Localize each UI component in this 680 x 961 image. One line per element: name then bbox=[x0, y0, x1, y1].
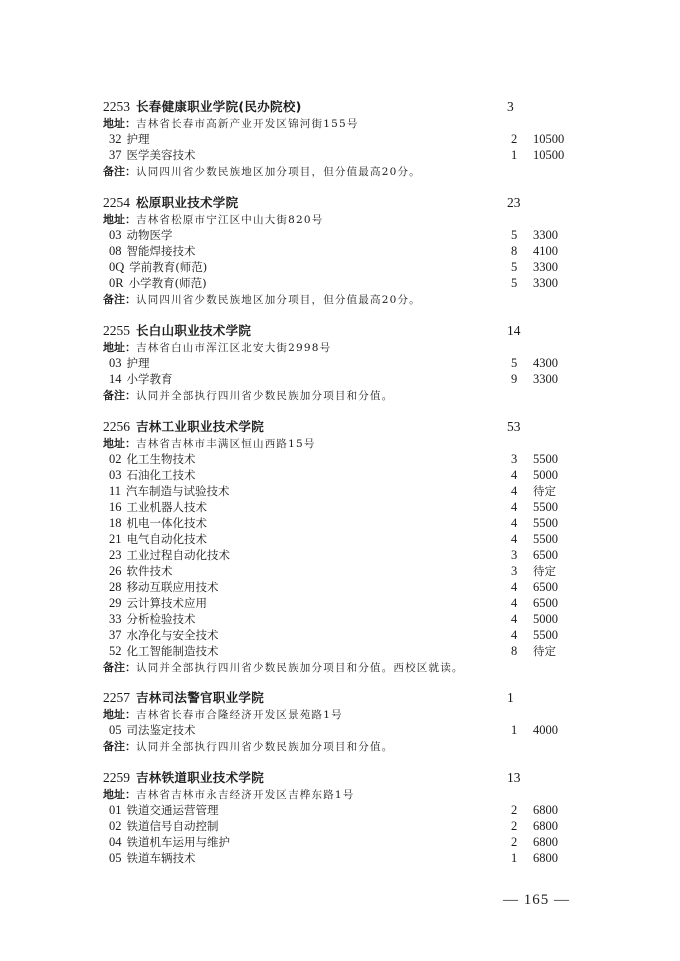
major-fee: 6500 bbox=[533, 579, 558, 595]
major-fee: 5500 bbox=[533, 499, 558, 515]
note-label: 备注： bbox=[103, 389, 136, 402]
major-count: 4 bbox=[511, 627, 517, 643]
note-text: 认同并全部执行四川省少数民族加分项目和分值。 bbox=[136, 390, 393, 402]
major-count: 1 bbox=[511, 147, 517, 163]
institution-name: 吉林铁道职业技术学院 bbox=[136, 770, 264, 785]
institution-total: 14 bbox=[507, 322, 521, 339]
address-line: 地址：吉林省松原市宁江区中山大街820号 bbox=[103, 211, 583, 227]
major-code: 18 bbox=[109, 515, 122, 531]
major-count: 3 bbox=[511, 451, 517, 467]
major-fee: 3300 bbox=[533, 275, 558, 291]
major-fee: 10500 bbox=[533, 147, 564, 163]
major-code: 29 bbox=[109, 595, 122, 611]
major-row: 01铁道交通运营管理26800 bbox=[103, 802, 583, 818]
major-code: 26 bbox=[109, 563, 122, 579]
institution-2259: 2259吉林铁道职业技术学院 13 地址：吉林省吉林市永吉经济开发区吉桦东路1号… bbox=[103, 769, 583, 866]
major-row: 05铁道车辆技术16800 bbox=[103, 850, 583, 866]
major-count: 4 bbox=[511, 515, 517, 531]
major-row: 33分析检验技术45000 bbox=[103, 611, 583, 627]
major-count: 8 bbox=[511, 243, 517, 259]
major-fee: 4100 bbox=[533, 243, 558, 259]
major-code: 37 bbox=[109, 147, 122, 163]
address-text: 吉林省长春市高新产业开发区锦河街155号 bbox=[136, 118, 359, 130]
note-text: 认同四川省少数民族地区加分项目，但分值最高20分。 bbox=[136, 166, 421, 178]
note-text: 认同并全部执行四川省少数民族加分项目和分值。 bbox=[136, 741, 393, 753]
major-code: 02 bbox=[109, 818, 122, 834]
major-count: 4 bbox=[511, 531, 517, 547]
institution-name: 长白山职业技术学院 bbox=[136, 323, 251, 338]
major-name: 机电一体化技术 bbox=[127, 516, 208, 530]
major-code: 03 bbox=[109, 355, 122, 371]
major-name: 学前教育(师范) bbox=[129, 260, 207, 274]
institution-header: 2254松原职业技术学院 23 bbox=[103, 194, 583, 211]
major-count: 4 bbox=[511, 595, 517, 611]
address-text: 吉林省吉林市丰满区恒山西路15号 bbox=[136, 438, 316, 450]
major-code: 0R bbox=[109, 275, 124, 291]
major-row: 08智能焊接技术84100 bbox=[103, 243, 583, 259]
major-code: 01 bbox=[109, 802, 122, 818]
institution-header: 2257吉林司法警官职业学院 1 bbox=[103, 689, 583, 706]
major-count: 4 bbox=[511, 467, 517, 483]
major-count: 2 bbox=[511, 834, 517, 850]
note-label: 备注： bbox=[103, 165, 136, 178]
major-code: 04 bbox=[109, 834, 122, 850]
major-row: 0R小学教育(师范)53300 bbox=[103, 275, 583, 291]
major-code: 16 bbox=[109, 499, 122, 515]
address-label: 地址： bbox=[103, 437, 136, 450]
major-fee: 4300 bbox=[533, 355, 558, 371]
address-text: 吉林省吉林市永吉经济开发区吉桦东路1号 bbox=[136, 789, 354, 801]
major-name: 小学教育(师范) bbox=[129, 276, 207, 290]
major-row: 32护理210500 bbox=[103, 131, 583, 147]
note-line: 备注：认同四川省少数民族地区加分项目，但分值最高20分。 bbox=[103, 163, 583, 179]
major-code: 03 bbox=[109, 467, 122, 483]
major-row: 21电气自动化技术45500 bbox=[103, 531, 583, 547]
institution-2255: 2255长白山职业技术学院 14 地址：吉林省白山市浑江区北安大街2998号 0… bbox=[103, 322, 583, 403]
major-fee: 6500 bbox=[533, 547, 558, 563]
major-code: 28 bbox=[109, 579, 122, 595]
major-name: 移动互联应用技术 bbox=[127, 580, 219, 594]
major-count: 1 bbox=[511, 850, 517, 866]
major-code: 32 bbox=[109, 131, 122, 147]
institution-total: 13 bbox=[507, 769, 521, 786]
major-count: 5 bbox=[511, 259, 517, 275]
note-label: 备注： bbox=[103, 293, 136, 306]
institution-name: 吉林司法警官职业学院 bbox=[136, 690, 264, 705]
major-row: 03石油化工技术45000 bbox=[103, 467, 583, 483]
page-number: — 165 — bbox=[503, 892, 570, 909]
address-label: 地址： bbox=[103, 341, 136, 354]
major-fee: 5500 bbox=[533, 531, 558, 547]
major-fee: 5500 bbox=[533, 515, 558, 531]
note-text: 认同四川省少数民族地区加分项目，但分值最高20分。 bbox=[136, 294, 421, 306]
major-name: 石油化工技术 bbox=[127, 468, 196, 482]
major-row: 03护理54300 bbox=[103, 355, 583, 371]
institution-name: 长春健康职业学院(民办院校) bbox=[136, 99, 302, 114]
address-line: 地址：吉林省吉林市丰满区恒山西路15号 bbox=[103, 435, 583, 451]
institution-name: 松原职业技术学院 bbox=[136, 195, 238, 210]
institution-total: 3 bbox=[507, 98, 514, 115]
major-count: 5 bbox=[511, 275, 517, 291]
major-code: 23 bbox=[109, 547, 122, 563]
major-fee: 6800 bbox=[533, 850, 558, 866]
address-line: 地址：吉林省长春市高新产业开发区锦河街155号 bbox=[103, 115, 583, 131]
major-fee: 5000 bbox=[533, 467, 558, 483]
major-row: 52化工智能制造技术8待定 bbox=[103, 643, 583, 659]
major-row: 23工业过程自动化技术36500 bbox=[103, 547, 583, 563]
major-fee: 3300 bbox=[533, 259, 558, 275]
major-fee: 待定 bbox=[533, 643, 556, 659]
major-count: 4 bbox=[511, 483, 517, 499]
major-name: 铁道机车运用与维护 bbox=[127, 835, 231, 849]
major-count: 3 bbox=[511, 563, 517, 579]
major-name: 工业机器人技术 bbox=[127, 500, 208, 514]
institution-header: 2255长白山职业技术学院 14 bbox=[103, 322, 583, 339]
major-count: 1 bbox=[511, 722, 517, 738]
institution-2253: 2253长春健康职业学院(民办院校) 3 地址：吉林省长春市高新产业开发区锦河街… bbox=[103, 98, 583, 179]
major-name: 护理 bbox=[127, 132, 150, 146]
institution-code: 2259 bbox=[103, 770, 130, 785]
major-row: 11汽车制造与试验技术4待定 bbox=[103, 483, 583, 499]
major-code: 14 bbox=[109, 371, 122, 387]
note-label: 备注： bbox=[103, 661, 136, 674]
major-code: 37 bbox=[109, 627, 122, 643]
major-fee: 10500 bbox=[533, 131, 564, 147]
document-page: 2253长春健康职业学院(民办院校) 3 地址：吉林省长春市高新产业开发区锦河街… bbox=[0, 0, 680, 961]
institution-code: 2257 bbox=[103, 690, 130, 705]
major-name: 汽车制造与试验技术 bbox=[126, 484, 230, 498]
major-code: 03 bbox=[109, 227, 122, 243]
institution-total: 23 bbox=[507, 194, 521, 211]
major-row: 02化工生物技术35500 bbox=[103, 451, 583, 467]
major-fee: 3300 bbox=[533, 371, 558, 387]
major-row: 02铁道信号自动控制26800 bbox=[103, 818, 583, 834]
address-text: 吉林省白山市浑江区北安大街2998号 bbox=[136, 342, 331, 354]
major-row: 29云计算技术应用46500 bbox=[103, 595, 583, 611]
institution-name: 吉林工业职业技术学院 bbox=[136, 419, 264, 434]
address-text: 吉林省长春市合隆经济开发区景苑路1号 bbox=[136, 709, 343, 721]
major-fee: 6800 bbox=[533, 802, 558, 818]
note-line: 备注：认同并全部执行四川省少数民族加分项目和分值。西校区就读。 bbox=[103, 659, 583, 675]
note-label: 备注： bbox=[103, 740, 136, 753]
major-row: 03动物医学53300 bbox=[103, 227, 583, 243]
major-code: 52 bbox=[109, 643, 122, 659]
major-count: 2 bbox=[511, 818, 517, 834]
address-text: 吉林省松原市宁江区中山大街820号 bbox=[136, 214, 323, 226]
major-fee: 3300 bbox=[533, 227, 558, 243]
major-code: 11 bbox=[109, 483, 121, 499]
major-name: 铁道车辆技术 bbox=[127, 851, 196, 865]
major-count: 5 bbox=[511, 355, 517, 371]
major-row: 26软件技术3待定 bbox=[103, 563, 583, 579]
major-row: 16工业机器人技术45500 bbox=[103, 499, 583, 515]
major-name: 化工智能制造技术 bbox=[127, 644, 219, 658]
major-fee: 5500 bbox=[533, 451, 558, 467]
major-code: 05 bbox=[109, 722, 122, 738]
major-fee: 6500 bbox=[533, 595, 558, 611]
major-row: 28移动互联应用技术46500 bbox=[103, 579, 583, 595]
major-code: 0Q bbox=[109, 259, 124, 275]
major-name: 司法鉴定技术 bbox=[127, 723, 196, 737]
major-fee: 5000 bbox=[533, 611, 558, 627]
major-count: 3 bbox=[511, 547, 517, 563]
institution-code: 2256 bbox=[103, 419, 130, 434]
note-text: 认同并全部执行四川省少数民族加分项目和分值。西校区就读。 bbox=[136, 662, 464, 674]
major-fee: 待定 bbox=[533, 483, 556, 499]
major-name: 软件技术 bbox=[127, 564, 173, 578]
major-name: 铁道交通运营管理 bbox=[127, 803, 219, 817]
note-line: 备注：认同四川省少数民族地区加分项目，但分值最高20分。 bbox=[103, 291, 583, 307]
institution-2257: 2257吉林司法警官职业学院 1 地址：吉林省长春市合隆经济开发区景苑路1号 0… bbox=[103, 689, 583, 754]
institution-header: 2256吉林工业职业技术学院 53 bbox=[103, 418, 583, 435]
major-name: 智能焊接技术 bbox=[127, 244, 196, 258]
major-row: 18机电一体化技术45500 bbox=[103, 515, 583, 531]
major-fee: 6800 bbox=[533, 818, 558, 834]
major-name: 化工生物技术 bbox=[127, 452, 196, 466]
institution-code: 2254 bbox=[103, 195, 130, 210]
major-name: 铁道信号自动控制 bbox=[127, 819, 219, 833]
address-label: 地址： bbox=[103, 117, 136, 130]
major-code: 08 bbox=[109, 243, 122, 259]
major-fee: 4000 bbox=[533, 722, 558, 738]
major-name: 电气自动化技术 bbox=[127, 532, 208, 546]
major-count: 9 bbox=[511, 371, 517, 387]
major-code: 02 bbox=[109, 451, 122, 467]
major-name: 小学教育 bbox=[127, 372, 173, 386]
major-row: 05司法鉴定技术14000 bbox=[103, 722, 583, 738]
major-name: 云计算技术应用 bbox=[127, 596, 208, 610]
major-name: 水净化与安全技术 bbox=[127, 628, 219, 642]
address-line: 地址：吉林省长春市合隆经济开发区景苑路1号 bbox=[103, 706, 583, 722]
major-row: 04铁道机车运用与维护26800 bbox=[103, 834, 583, 850]
major-code: 33 bbox=[109, 611, 122, 627]
major-row: 37医学美容技术110500 bbox=[103, 147, 583, 163]
major-count: 2 bbox=[511, 802, 517, 818]
major-name: 医学美容技术 bbox=[127, 148, 196, 162]
major-name: 工业过程自动化技术 bbox=[127, 548, 231, 562]
major-name: 分析检验技术 bbox=[127, 612, 196, 626]
note-line: 备注：认同并全部执行四川省少数民族加分项目和分值。 bbox=[103, 738, 583, 754]
major-count: 8 bbox=[511, 643, 517, 659]
note-line: 备注：认同并全部执行四川省少数民族加分项目和分值。 bbox=[103, 387, 583, 403]
major-fee: 待定 bbox=[533, 563, 556, 579]
major-count: 4 bbox=[511, 611, 517, 627]
major-name: 护理 bbox=[127, 356, 150, 370]
institution-2254: 2254松原职业技术学院 23 地址：吉林省松原市宁江区中山大街820号 03动… bbox=[103, 194, 583, 307]
major-row: 0Q学前教育(师范)53300 bbox=[103, 259, 583, 275]
address-label: 地址： bbox=[103, 213, 136, 226]
institution-header: 2253长春健康职业学院(民办院校) 3 bbox=[103, 98, 583, 115]
major-count: 4 bbox=[511, 579, 517, 595]
major-row: 14小学教育93300 bbox=[103, 371, 583, 387]
institution-code: 2255 bbox=[103, 323, 130, 338]
major-row: 37水净化与安全技术45500 bbox=[103, 627, 583, 643]
major-code: 21 bbox=[109, 531, 122, 547]
institution-total: 53 bbox=[507, 418, 521, 435]
address-label: 地址： bbox=[103, 788, 136, 801]
address-line: 地址：吉林省吉林市永吉经济开发区吉桦东路1号 bbox=[103, 786, 583, 802]
institution-code: 2253 bbox=[103, 99, 130, 114]
institution-2256: 2256吉林工业职业技术学院 53 地址：吉林省吉林市丰满区恒山西路15号 02… bbox=[103, 418, 583, 675]
major-name: 动物医学 bbox=[127, 228, 173, 242]
major-count: 4 bbox=[511, 499, 517, 515]
address-line: 地址：吉林省白山市浑江区北安大街2998号 bbox=[103, 339, 583, 355]
major-fee: 6800 bbox=[533, 834, 558, 850]
major-count: 2 bbox=[511, 131, 517, 147]
major-code: 05 bbox=[109, 850, 122, 866]
major-fee: 5500 bbox=[533, 627, 558, 643]
major-count: 5 bbox=[511, 227, 517, 243]
institution-total: 1 bbox=[507, 689, 514, 706]
institution-header: 2259吉林铁道职业技术学院 13 bbox=[103, 769, 583, 786]
address-label: 地址： bbox=[103, 708, 136, 721]
